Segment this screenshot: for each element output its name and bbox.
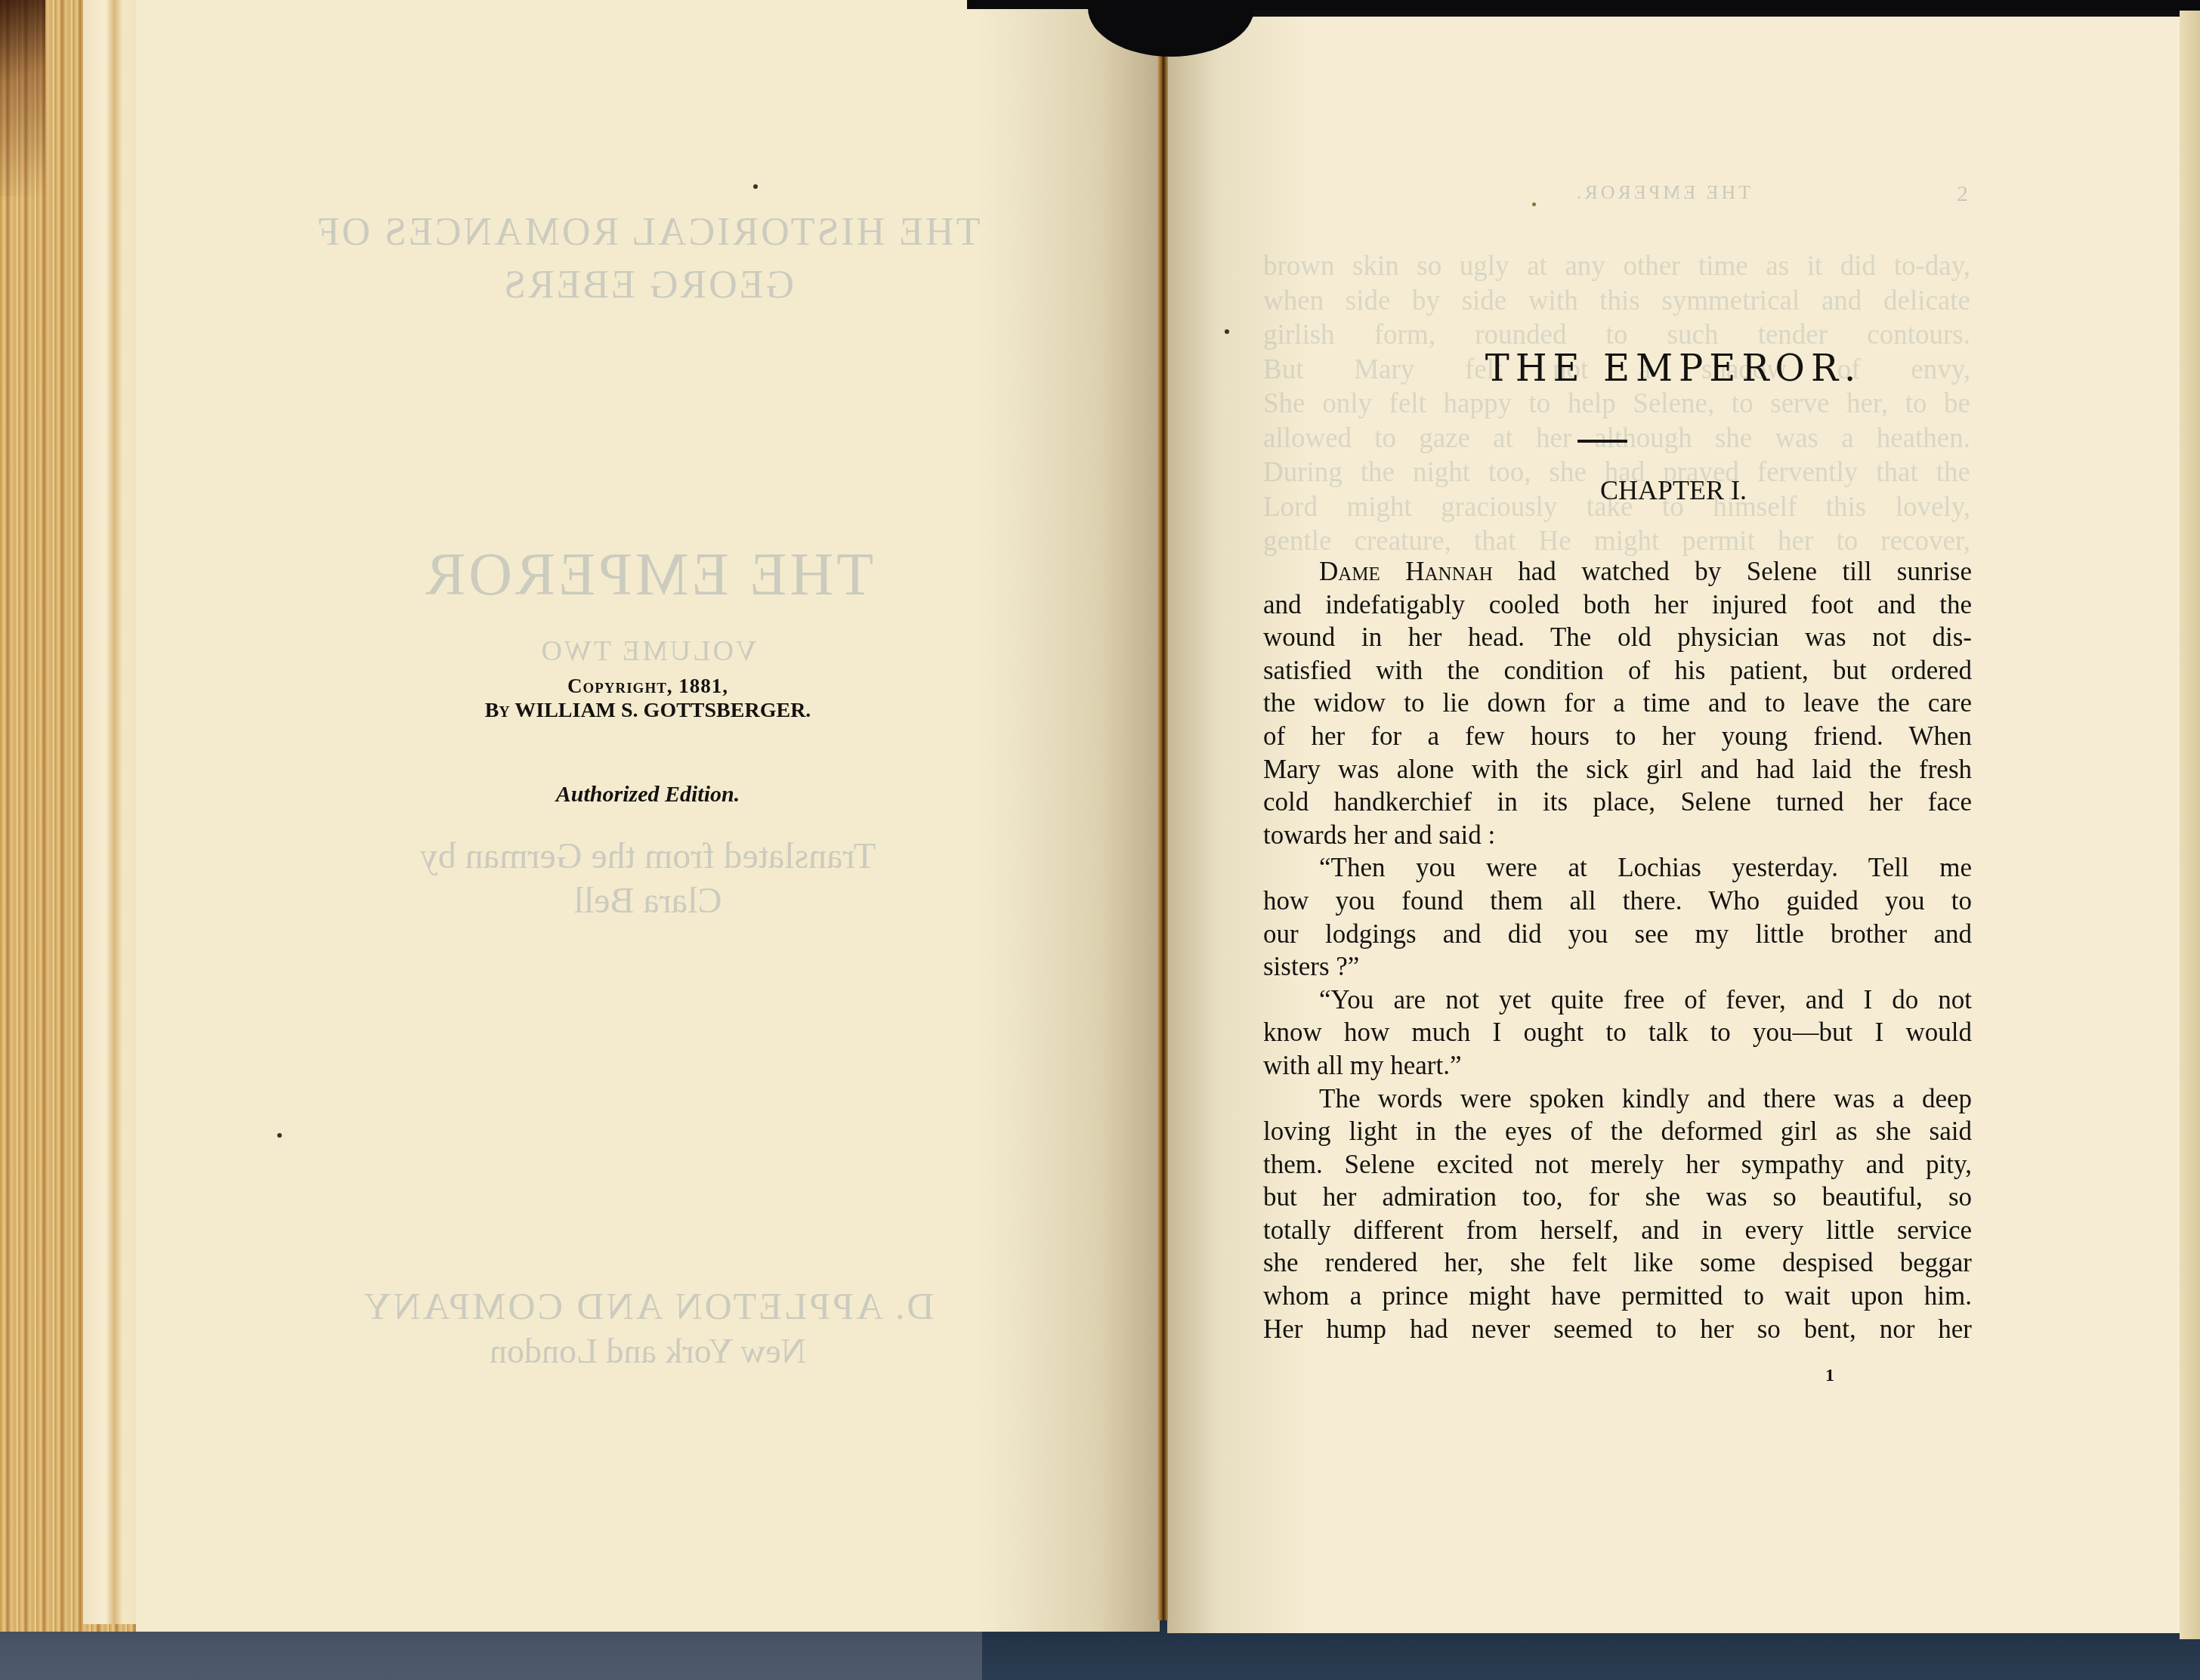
publisher-credit-name: WILLIAM S. GOTTSBERGER. xyxy=(514,699,811,722)
body-line: sisters ?” xyxy=(1263,950,1972,984)
right-page-edge xyxy=(2180,8,2200,1639)
ghost-translator: Clara Bell xyxy=(136,880,1160,922)
copyright-line: Copyright, 1881, xyxy=(136,675,1160,698)
body-text: Dame Hannah had watched by Selene till s… xyxy=(1263,555,1972,1345)
body-line: she rendered her, she felt like some des… xyxy=(1263,1246,1972,1280)
body-line: “Then you were at Lochias yesterday. Tel… xyxy=(1263,851,1972,885)
book-title: THE EMPEROR. xyxy=(1167,347,2180,390)
body-line: “You are not yet quite free of fever, an… xyxy=(1263,984,1972,1017)
paper-speck xyxy=(753,184,758,189)
body-line: Her hump had never seemed to her so bent… xyxy=(1263,1313,1972,1346)
body-line: Mary was alone with the sick girl and ha… xyxy=(1263,753,1972,786)
top-backdrop xyxy=(1209,0,2200,11)
body-line: satisfied with the condition of his pati… xyxy=(1263,654,1972,687)
page-stack-leaf xyxy=(83,0,140,1624)
ghost-line: gentle creature, that He might permit he… xyxy=(1263,524,1970,559)
paper-speck xyxy=(1225,329,1229,334)
body-line: The words were spoken kindly and there w… xyxy=(1263,1082,1972,1116)
body-line: towards her and said : xyxy=(1263,819,1972,852)
body-line: them. Selene excited not merely her symp… xyxy=(1263,1148,1972,1181)
body-line: of her for a few hours to her young frie… xyxy=(1263,720,1972,753)
ghost-publisher: D. APPLETON AND COMPANY xyxy=(136,1284,1160,1328)
body-line: and indefatigably cooled both her injure… xyxy=(1263,588,1972,622)
body-line: cold handkerchief in its place, Selene t… xyxy=(1263,786,1972,819)
chapter-heading: CHAPTER I. xyxy=(1167,474,2180,506)
lead-small-caps: Dame Hannah xyxy=(1319,557,1493,586)
ghost-volume: VOLUME TWO xyxy=(136,635,1160,668)
body-line: our lodgings and did you see my little b… xyxy=(1263,918,1972,951)
ghost-running-head: THE EMPEROR. xyxy=(1398,181,1927,204)
edition-note: Authorized Edition. xyxy=(136,782,1160,808)
ghost-place: New York and London xyxy=(136,1331,1160,1371)
body-line: Dame Hannah had watched by Selene till s… xyxy=(1263,555,1972,588)
ghost-line: She only felt happy to help Selene, to s… xyxy=(1263,387,1970,422)
ghost-series-line-1: THE HISTORICAL ROMANCES OF xyxy=(136,210,1160,255)
body-line: know how much I ought to talk to you—but… xyxy=(1263,1016,1972,1049)
ghost-body-lines: brown skin so ugly at any other time as … xyxy=(1263,249,1970,559)
ghost-book-title: THE EMPEROR xyxy=(136,541,1160,610)
ghost-series-line-2: GEORG EBERS xyxy=(136,263,1160,307)
publisher-credit-prefix: By xyxy=(485,699,510,722)
body-line: the widow to lie down for a time and to … xyxy=(1263,687,1972,720)
publisher-credit: By WILLIAM S. GOTTSBERGER. xyxy=(136,699,1160,723)
ghost-line: when side by side with this symmetrical … xyxy=(1263,284,1970,319)
page-number: 1 xyxy=(1822,1366,1837,1386)
title-rule xyxy=(1577,440,1627,443)
ghost-page-number: 2 xyxy=(1957,181,1987,207)
paper-speck xyxy=(1532,202,1536,206)
body-line: how you found them all there. Who guided… xyxy=(1263,885,1972,918)
body-line: but her admiration too, for she was so b… xyxy=(1263,1181,1972,1214)
body-line-text: had watched by Selene till sunrise xyxy=(1518,557,1972,586)
body-line: loving light in the eyes of the deformed… xyxy=(1263,1115,1972,1148)
body-line: wound in her head. The old physician was… xyxy=(1263,621,1972,654)
body-line: with all my heart.” xyxy=(1263,1049,1972,1082)
body-line: totally different from herself, and in e… xyxy=(1263,1214,1972,1247)
ghost-translation-line: Translated from the German by xyxy=(136,835,1160,877)
paper-speck xyxy=(277,1133,282,1138)
body-line: whom a prince might have permitted to wa… xyxy=(1263,1280,1972,1313)
ghost-line: allowed to gaze at her although she was … xyxy=(1263,422,1970,456)
ghost-line: brown skin so ugly at any other time as … xyxy=(1263,249,1970,284)
page-stack-shadow xyxy=(0,0,45,196)
